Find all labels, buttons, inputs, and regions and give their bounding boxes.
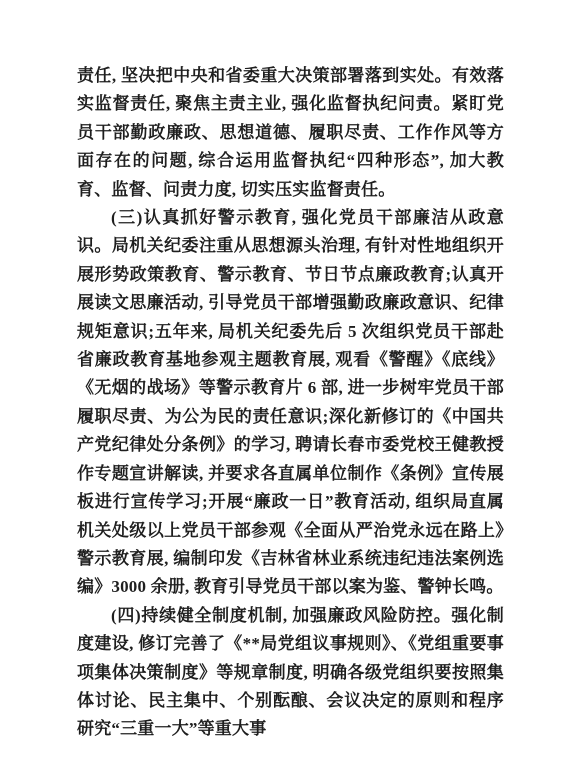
paragraph-section-3: (三)认真抓好警示教育, 强化党员干部廉洁从政意识。局机关纪委注重从思想源头治理… — [77, 204, 504, 602]
document-text-block: 责任, 坚决把中央和省委重大决策部署落到实处。有效落实监督责任, 聚焦主责主业,… — [77, 62, 504, 744]
document-page: 责任, 坚决把中央和省委重大决策部署落到实处。有效落实监督责任, 聚焦主责主业,… — [0, 0, 586, 759]
paragraph-section-4: (四)持续健全制度机制, 加强廉政风险防控。强化制度建设, 修订完善了《**局党… — [77, 602, 504, 744]
paragraph-continuation: 责任, 坚决把中央和省委重大决策部署落到实处。有效落实监督责任, 聚焦主责主业,… — [77, 62, 504, 204]
